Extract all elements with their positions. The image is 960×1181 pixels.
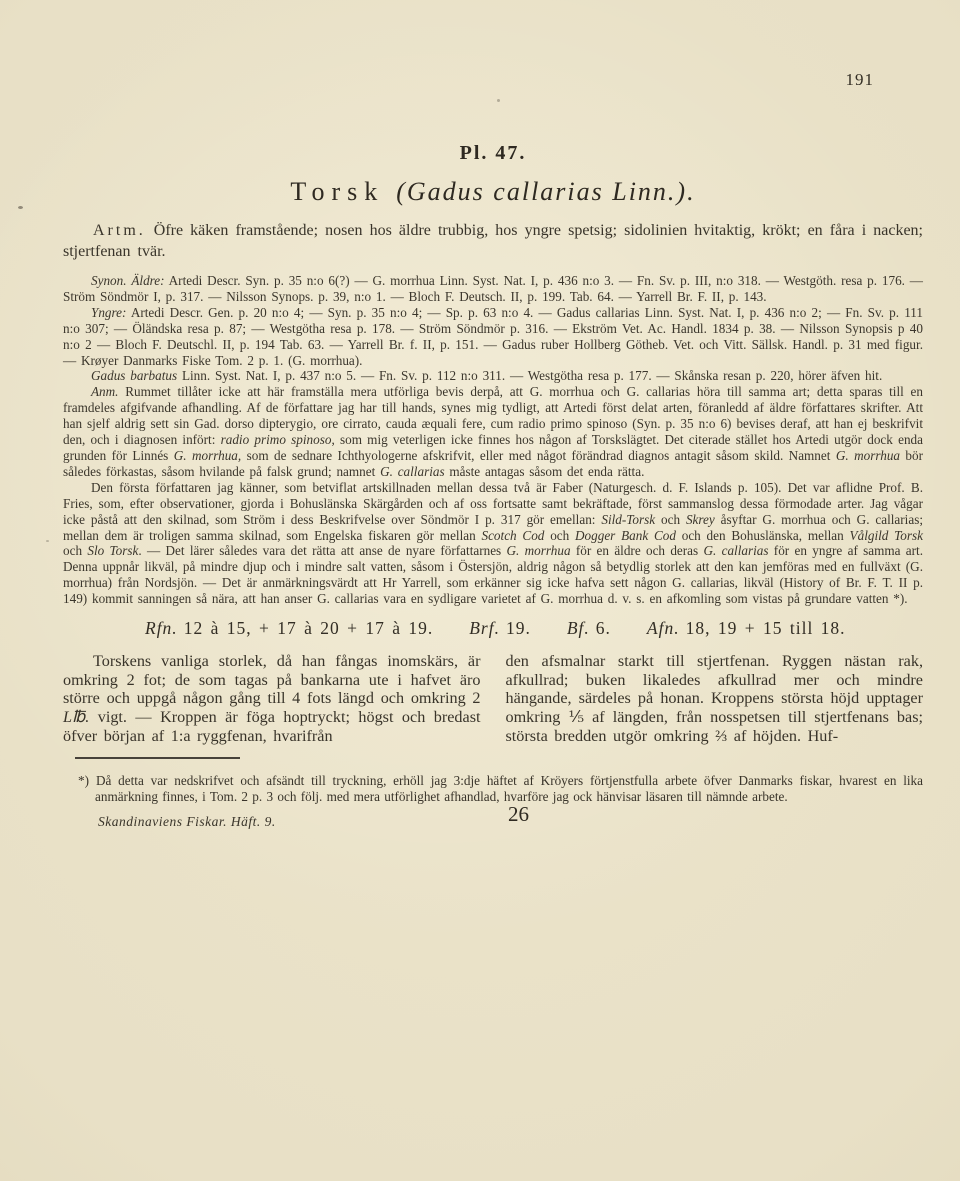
fin-formula-rfn: Rfn.12 à 15, + 17 à 20 + 17 à 19. (145, 618, 433, 639)
body-columns: Torskens vanliga storlek, då han fångas … (63, 652, 923, 746)
species-title: Torsk(Gadus callarias Linn.). (63, 177, 923, 207)
fin-label-afn: Afn. (647, 618, 680, 638)
synonymy-yngre-paragraph: Yngre: Artedi Descr. Gen. p. 20 n:o 4; —… (63, 305, 923, 369)
fin-label-rfn: Rfn. (145, 618, 178, 638)
fin-value-bf: 6. (596, 618, 611, 638)
synonymy-aldre-paragraph: Synon. Äldre: Artedi Descr. Syn. p. 35 n… (63, 273, 923, 305)
species-name-swedish: Torsk (290, 177, 384, 206)
diagnosis-paragraph: Artm.Öfre käken framstående; nosen hos ä… (63, 221, 923, 262)
text-block: Pl. 47. Torsk(Gadus callarias Linn.). Ar… (63, 0, 923, 842)
species-name-latin: (Gadus callarias Linn.). (396, 177, 695, 206)
fin-label-brf: Brf. (469, 618, 500, 638)
footnote: *)Då detta var nedskrifvet och afsändt t… (63, 773, 923, 805)
signature-number: 26 (508, 802, 529, 827)
synonymy-section: Synon. Äldre: Artedi Descr. Syn. p. 35 n… (63, 273, 923, 607)
page-footer: Skandinaviens Fiskar. Häft. 9. 26 (63, 812, 923, 842)
series-title: Skandinaviens Fiskar. Häft. 9. (98, 814, 276, 830)
synonymy-barbatus-paragraph: Gadus barbatus Linn. Syst. Nat. I, p. 43… (63, 368, 923, 384)
history-paragraph: Den första författaren jag känner, som b… (63, 480, 923, 607)
diagnosis-text: Öfre käken framstående; nosen hos äldre … (63, 222, 923, 260)
fin-formula: Rfn.12 à 15, + 17 à 20 + 17 à 19. Brf.19… (63, 618, 923, 639)
scan-speck (46, 540, 49, 542)
footnote-marker: *) (78, 773, 89, 788)
fin-value-rfn: 12 à 15, + 17 à 20 + 17 à 19. (184, 618, 434, 638)
remark-paragraph: Anm. Rummet tillåter icke att här framst… (63, 384, 923, 479)
fin-formula-brf: Brf.19. (469, 618, 531, 639)
footnote-separator (75, 757, 240, 759)
scan-speck (18, 206, 23, 209)
plate-heading: Pl. 47. (63, 142, 923, 165)
fin-formula-bf: Bf.6. (567, 618, 611, 639)
body-column-left: Torskens vanliga storlek, då han fångas … (63, 652, 481, 746)
fin-value-afn: 18, 19 + 15 till 18. (686, 618, 846, 638)
body-column-right: den afsmalnar starkt till stjertfenan. R… (506, 652, 924, 746)
book-page: 191 Pl. 47. Torsk(Gadus callarias Linn.)… (0, 0, 960, 1181)
footnote-text: Då detta var nedskrifvet och afsändt til… (95, 773, 923, 804)
fin-label-bf: Bf. (567, 618, 590, 638)
fin-value-brf: 19. (506, 618, 531, 638)
fin-formula-afn: Afn.18, 19 + 15 till 18. (647, 618, 846, 639)
diagnosis-label: Artm. (93, 222, 146, 239)
